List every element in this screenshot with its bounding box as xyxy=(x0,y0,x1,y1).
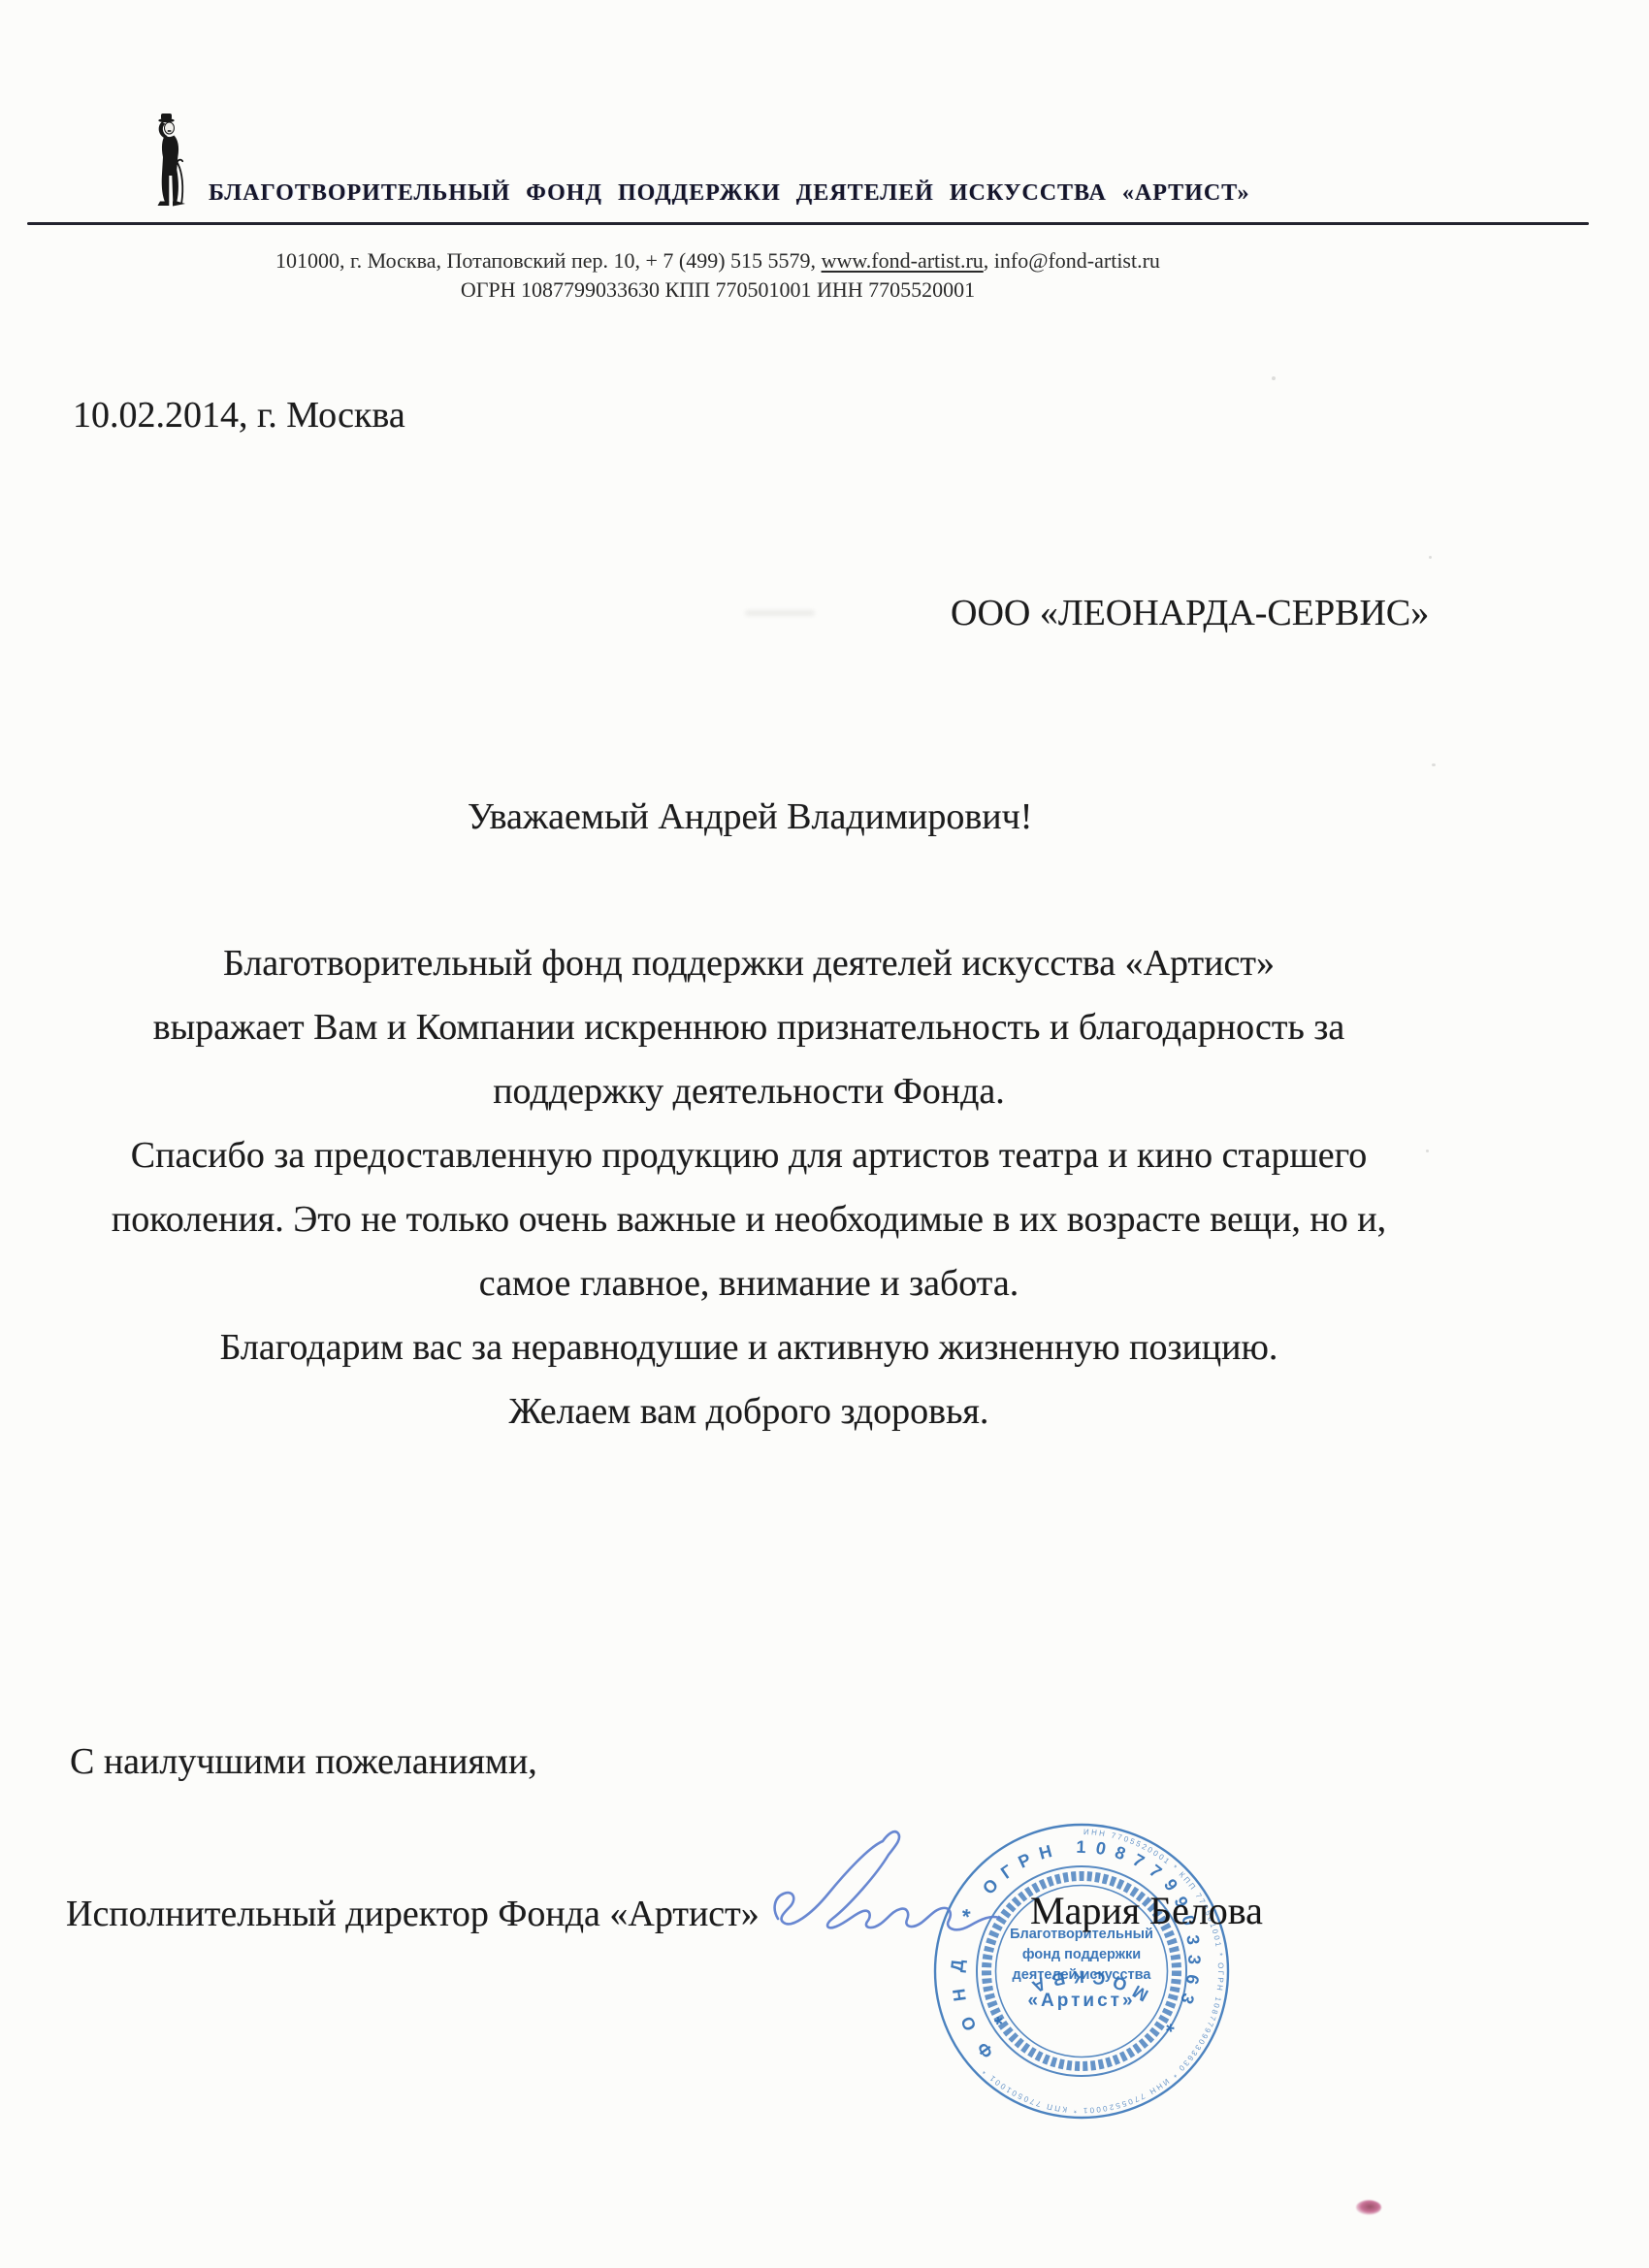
signature-stroke xyxy=(775,1831,999,1929)
stamp-center-line4: «Артист» xyxy=(1027,1991,1135,2011)
body-line: Спасибо за предоставленную продукцию для… xyxy=(41,1123,1457,1187)
stamp-center-line2: фонд поддержки xyxy=(1022,1947,1141,1962)
header-contact-block: 101000, г. Москва, Потаповский пер. 10, … xyxy=(29,246,1406,305)
scan-speck xyxy=(1272,376,1276,380)
body-line: Благодарим вас за неравнодушие и активну… xyxy=(41,1315,1457,1379)
body-line: Благотворительный фонд поддержки деятеле… xyxy=(41,931,1457,995)
scan-ink-speck xyxy=(1356,2200,1381,2215)
header-divider xyxy=(27,222,1589,225)
scan-smudge xyxy=(745,610,815,616)
body-line: поколения. Это не только очень важные и … xyxy=(41,1187,1457,1251)
chaplin-logo-icon xyxy=(152,113,191,212)
address-line: 101000, г. Москва, Потаповский пер. 10, … xyxy=(29,246,1406,275)
closing-line: С наилучшими пожеланиями, xyxy=(70,1740,537,1783)
email-text: , info@fond-artist.ru xyxy=(984,248,1160,273)
scanned-letter-page: { "colors": { "text": "#1c1c1c", "title"… xyxy=(0,0,1649,2268)
salutation-line: Уважаемый Андрей Владимирович! xyxy=(468,795,1032,838)
stamp-center-line3: деятелей искусства xyxy=(1013,1967,1152,1983)
scan-speck xyxy=(1426,1150,1429,1152)
scan-speck xyxy=(1429,556,1432,559)
organization-title: БЛАГОТВОРИТЕЛЬНЫЙ ФОНД ПОДДЕРЖКИ ДЕЯТЕЛЕ… xyxy=(209,180,1373,207)
handwritten-signature xyxy=(764,1826,1026,1957)
body-line: поддержку деятельности Фонда. xyxy=(41,1059,1457,1123)
date-place-line: 10.02.2014, г. Москва xyxy=(73,394,405,437)
letter-body: Благотворительный фонд поддержки деятеле… xyxy=(41,931,1457,1443)
scan-speck xyxy=(1432,763,1436,766)
recipient-line: ООО «ЛЕОНАРДА-СЕРВИС» xyxy=(951,592,1429,634)
address-text: 101000, г. Москва, Потаповский пер. 10, … xyxy=(275,248,822,273)
signer-name: Мария Белова xyxy=(1030,1888,1263,1933)
website-link-text: www.fond-artist.ru xyxy=(822,248,984,273)
stamp-center-text: Благотворительный фонд поддержки деятеле… xyxy=(1010,1927,1153,2011)
signer-title-line: Исполнительный директор Фонда «Артист» xyxy=(66,1893,760,1935)
body-line: самое главное, внимание и забота. xyxy=(41,1251,1457,1315)
body-line: выражает Вам и Компании искреннюю призна… xyxy=(41,995,1457,1059)
body-line: Желаем вам доброго здоровья. xyxy=(41,1379,1457,1443)
registration-line: ОГРН 1087799033630 КПП 770501001 ИНН 770… xyxy=(29,275,1406,305)
